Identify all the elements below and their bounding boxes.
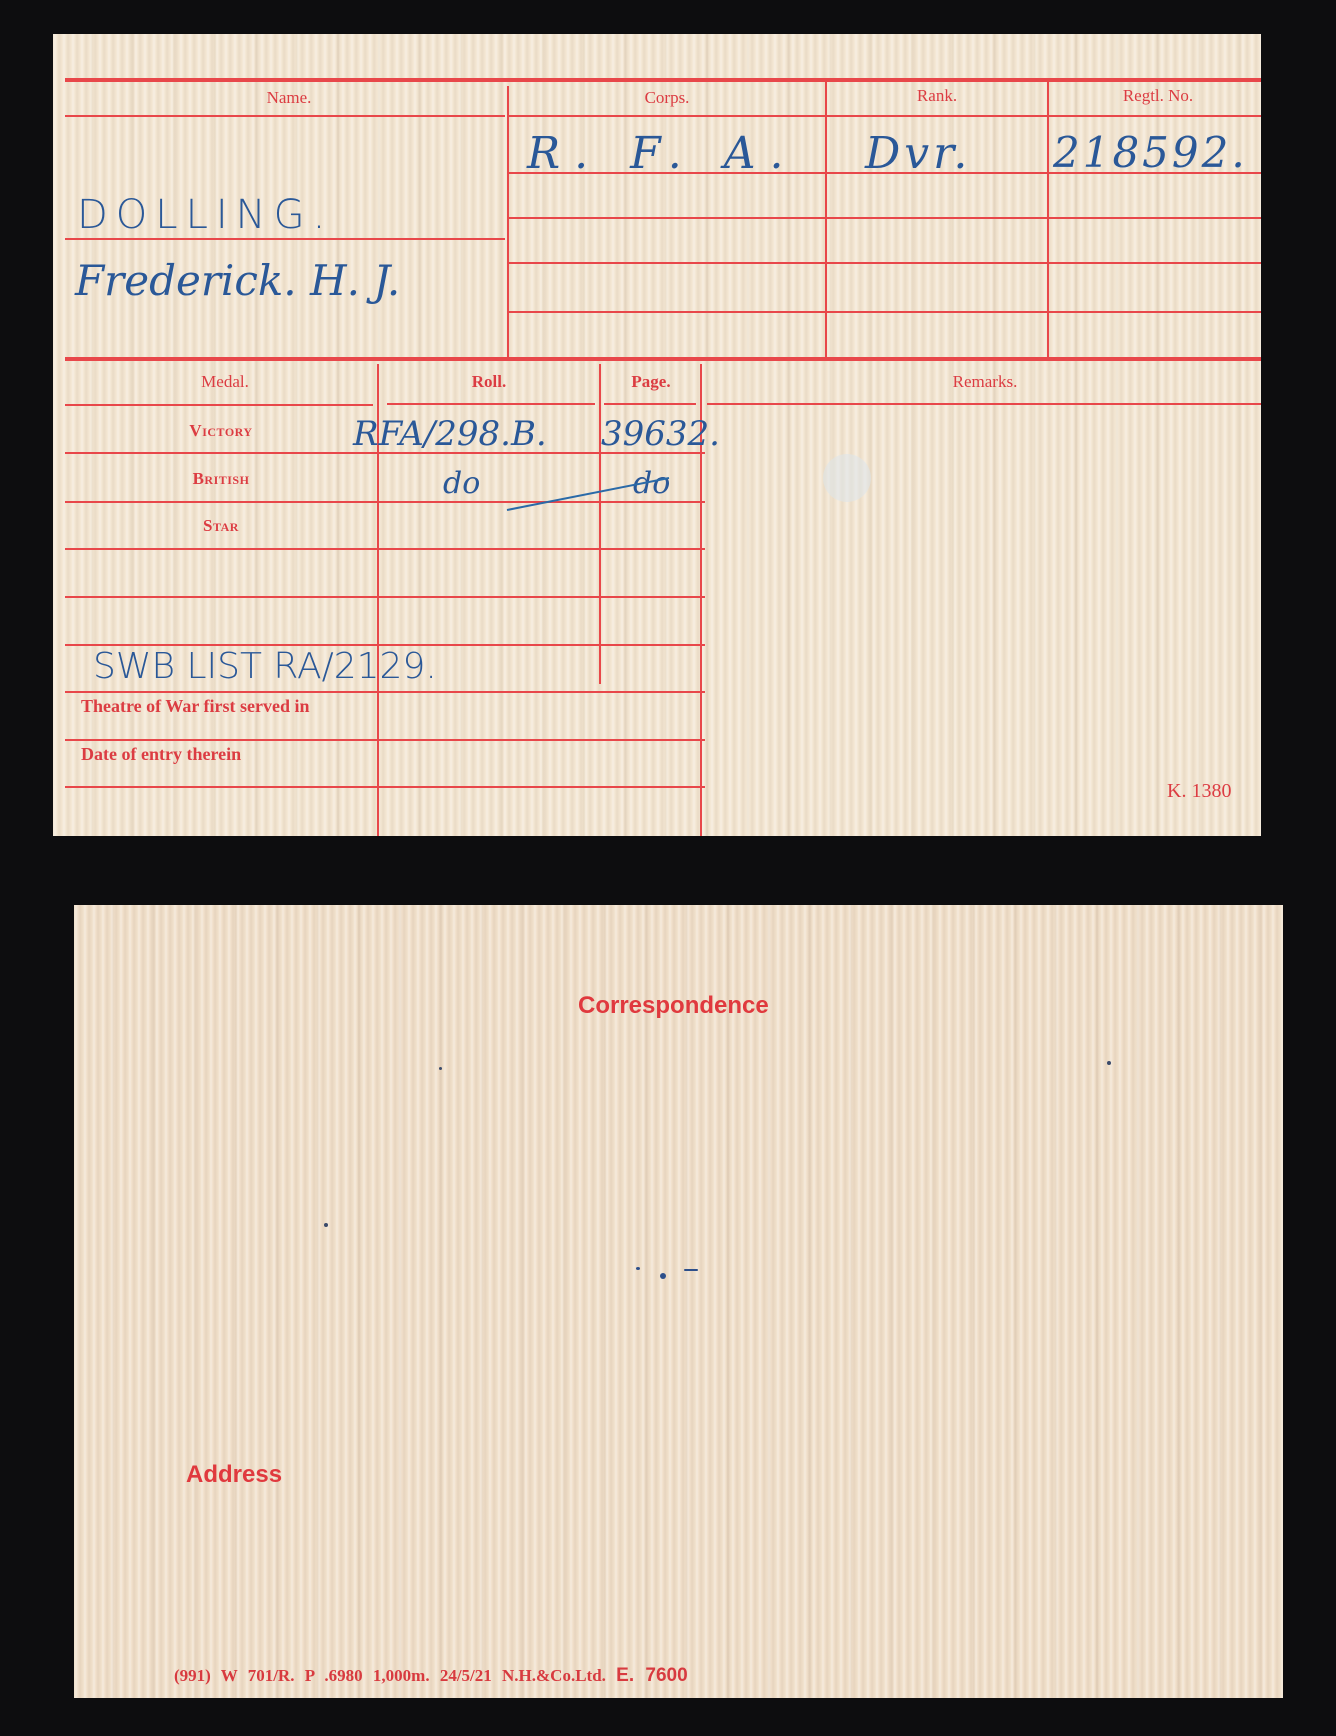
corps-row-rule-3 — [509, 262, 1261, 264]
name-header-rule — [65, 115, 505, 117]
regtl-no-entry: 218592. — [1053, 128, 1248, 177]
page-header-rule — [604, 403, 696, 405]
roll-page-divider — [599, 364, 601, 684]
medal-star-label: Star — [203, 516, 239, 536]
medal-header-rule — [65, 404, 373, 406]
bottom-table-rule — [65, 786, 705, 788]
name-row-rule — [65, 238, 505, 240]
regtl-no-header: Regtl. No. — [1123, 86, 1193, 106]
regtl-header-rule — [1053, 115, 1261, 117]
corps-row-rule-2 — [509, 217, 1261, 219]
ink-dots — [660, 1273, 666, 1279]
remarks-header: Remarks. — [953, 372, 1018, 392]
rank-header: Rank. — [917, 86, 957, 106]
rank-entry: Dvr. — [865, 128, 971, 179]
medal-header: Medal. — [201, 372, 249, 392]
ink-dots — [684, 1269, 698, 1271]
corps-row-rule-4 — [509, 311, 1261, 313]
name-header: Name. — [267, 88, 312, 108]
date-entry-rule — [65, 739, 705, 741]
print-code: (991) W 701/R. P .6980 1,000m. 24/5/21 N… — [174, 1666, 606, 1685]
victory-roll-entry: RFA/298.B. — [353, 414, 547, 454]
date-of-entry-label: Date of entry therein — [81, 744, 241, 765]
medal-victory-label: Victory — [189, 421, 252, 441]
ink-speck — [439, 1067, 442, 1070]
roll-header: Roll. — [472, 372, 506, 392]
roll-header-rule — [387, 403, 595, 405]
corps-rank-divider — [825, 82, 827, 359]
victory-page-entry: 39632. — [601, 414, 720, 454]
ink-dots — [636, 1267, 640, 1270]
blank-rule-1 — [65, 596, 705, 598]
remarks-header-rule — [707, 403, 1261, 405]
corps-entry: R. F. A. — [527, 128, 798, 179]
ink-speck — [324, 1223, 328, 1227]
printer-footer: (991) W 701/R. P .6980 1,000m. 24/5/21 N… — [174, 1665, 688, 1687]
theatre-of-war-label: Theatre of War first served in — [81, 696, 309, 717]
star-rule — [65, 548, 705, 550]
corps-header: Corps. — [645, 88, 690, 108]
ditto-stroke — [503, 474, 673, 514]
surname-entry: DOLLING. — [77, 192, 333, 238]
rank-regtl-divider — [1047, 82, 1049, 359]
form-code: E. 7600 — [616, 1665, 688, 1686]
name-corps-divider — [507, 86, 509, 359]
address-label: Address — [186, 1461, 282, 1489]
medal-british-label: British — [193, 469, 250, 489]
medal-index-card-front: Name. Corps. Rank. Regtl. No. DOLLING. F… — [53, 34, 1261, 836]
form-number: K. 1380 — [1167, 780, 1231, 803]
forenames-entry: Frederick. H. J. — [75, 256, 400, 305]
top-rule — [65, 78, 1261, 82]
swb-list-annotation: SWB LIST RA/2129. — [93, 646, 437, 687]
ink-speck — [1107, 1061, 1111, 1065]
middle-rule — [65, 357, 1261, 361]
correspondence-heading: Correspondence — [578, 992, 769, 1020]
british-roll-entry: do — [443, 466, 480, 501]
medal-index-card-back: Correspondence Address (991) W 701/R. P … — [74, 905, 1283, 1698]
theatre-rule — [65, 691, 705, 693]
faded-stamp — [823, 454, 871, 502]
page-header: Page. — [631, 372, 670, 392]
